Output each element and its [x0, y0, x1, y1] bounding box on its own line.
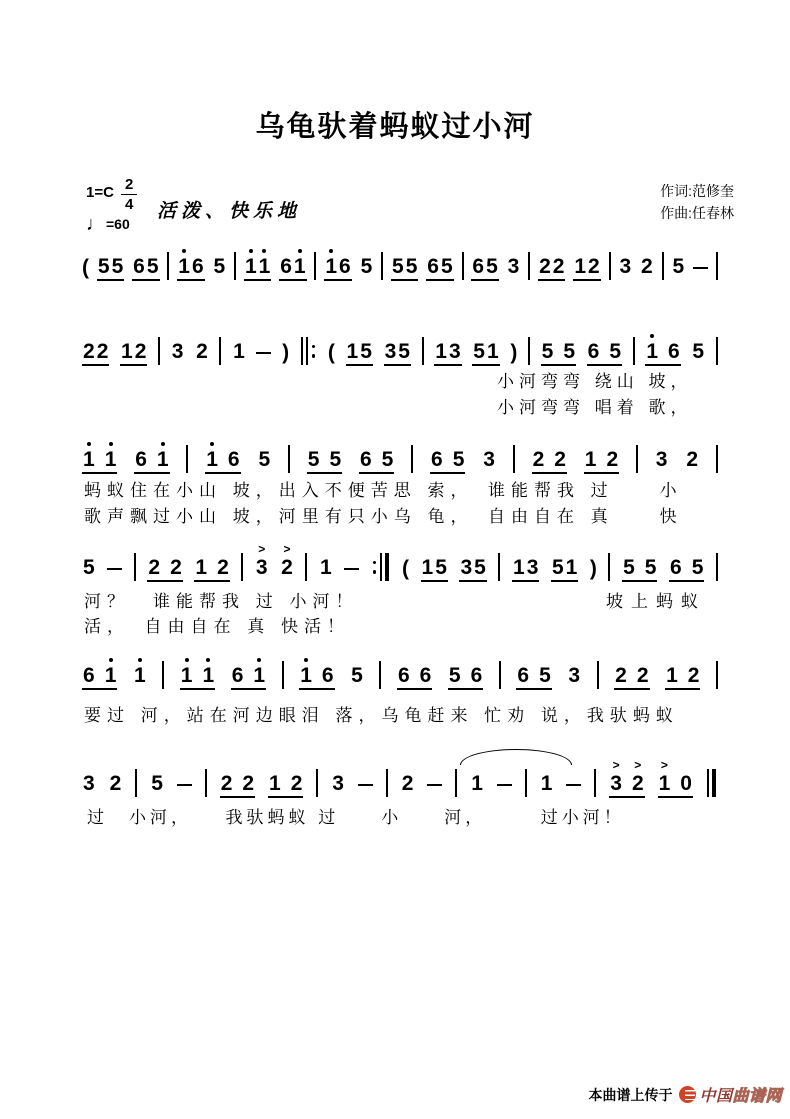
time-signature-numerator: 2: [121, 176, 137, 195]
notation-line-4: 522123>2>1(15351351)5565: [82, 544, 718, 582]
site-logo-icon: [679, 1086, 696, 1103]
lyrics-verse2-line3: 歌声飘过小山 坡，河里有只小乌 龟， 自由自在 真 快: [84, 502, 683, 527]
notation-line-2: 2212321)(15351351)5565165: [82, 328, 718, 366]
notation-line-1: (5565165116116555656532212325: [82, 243, 718, 281]
lyrics-verse2-line2: 小河弯弯 唱着 歌，: [497, 393, 692, 418]
time-signature-denominator: 4: [121, 195, 137, 213]
notation-line-6: 325221232113>2>1>0: [82, 760, 718, 798]
lyrics-verse1-line4: 河？ 谁能帮我 过 小河！: [84, 587, 358, 612]
credits-block: 作词:范修奎 作曲:任春林: [660, 180, 734, 225]
song-title: 乌龟驮着蚂蚁过小河: [0, 104, 790, 145]
composer-credit: 作曲:任春林: [660, 202, 734, 224]
tempo-marking: ♩ =60: [86, 215, 137, 234]
site-name-outline: 曲谱网: [732, 1083, 782, 1106]
tie-arc: [460, 749, 572, 765]
lyrics-verse1-line2: 小河弯弯 绕山 坡，: [497, 367, 692, 392]
lyrics-verse1-line3: 蚂蚁住在小山 坡，出入不便苦思 索， 谁能帮我 过 小: [84, 476, 683, 501]
lyrics-line5: 要过 河，站在河边眼泪 落，乌龟赶来 忙劝 说，我驮蚂蚁: [84, 701, 679, 726]
tempo-value: =60: [106, 217, 130, 231]
expression-marking: 活泼、快乐地: [157, 196, 301, 223]
notation-line-5: 611116116566566532212: [82, 652, 718, 690]
key-signature: 1=C: [86, 185, 114, 200]
uploaded-by-label: 本曲谱上传于: [588, 1085, 672, 1105]
key-tempo-block: 1=C 2 4 ♩ =60: [86, 176, 137, 234]
lyrics-verse1-line4-right: 坡上蚂蚁: [606, 587, 706, 612]
site-name-solid: 中国: [699, 1083, 732, 1106]
watermark: 本曲谱上传于 中国 曲谱网: [588, 1083, 782, 1106]
lyrics-line6: 过 小河， 我驮蚂蚁 过 小 河， 过小河！: [87, 803, 625, 828]
site-logo-lines: [685, 1090, 695, 1100]
time-signature: 2 4: [121, 176, 137, 214]
quarter-note-icon: ♩: [86, 215, 105, 234]
lyricist-credit: 作词:范修奎: [660, 180, 734, 202]
notation-line-3: 11611655565653221232: [82, 436, 718, 474]
lyrics-verse2-line4: 活， 自由自在 真 快活！: [84, 612, 350, 637]
sheet-music-page: 乌龟驮着蚂蚁过小河 1=C 2 4 ♩ =60 活泼、快乐地 作词:范修奎 作曲…: [0, 0, 790, 1119]
